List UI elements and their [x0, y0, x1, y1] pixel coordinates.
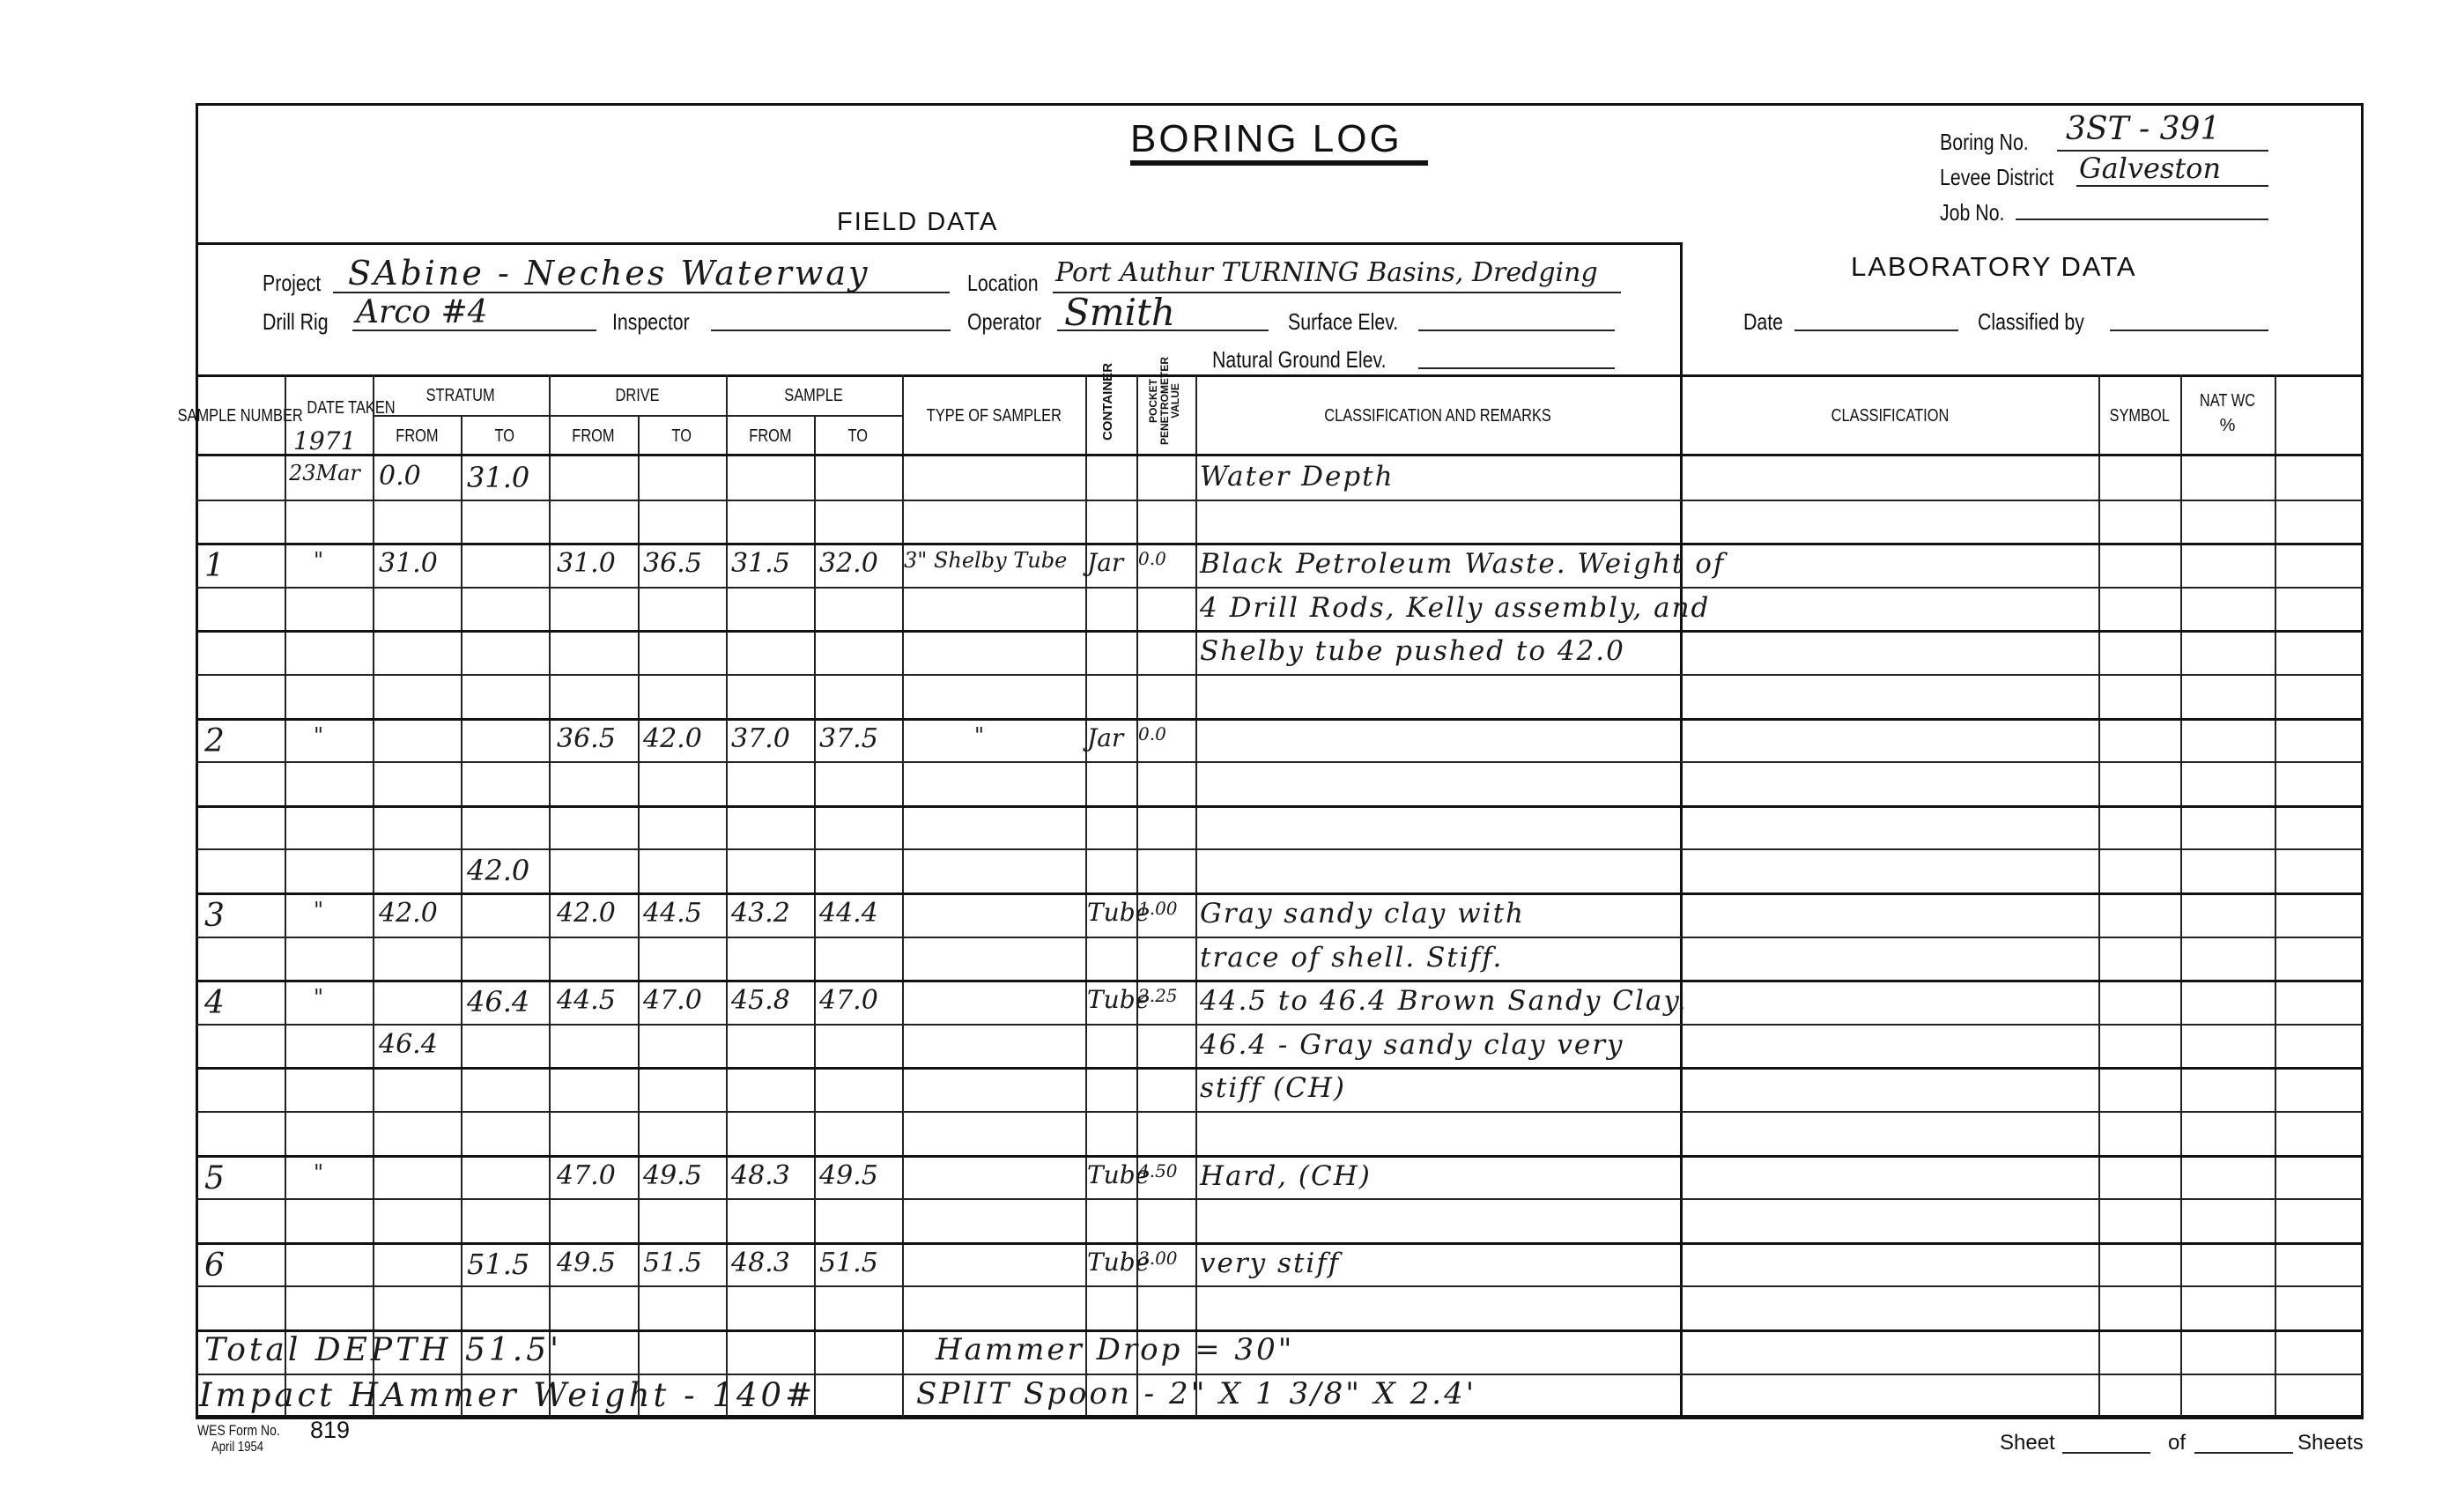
row-1-remarks[interactable]: Water Depth [1200, 461, 1395, 492]
project-value[interactable]: SAbine - Neches Waterway [348, 254, 869, 293]
boring-no-value[interactable]: 3ST - 391 [2066, 111, 2220, 147]
row-12-remarks[interactable]: trace of shell. Stiff. [1200, 942, 1503, 974]
row-13-stratum-to[interactable]: 46.4 [467, 985, 529, 1018]
row-3-drive-to[interactable]: 36.5 [643, 548, 702, 579]
row-divider [196, 848, 2364, 850]
row-11-sample[interactable]: 3 [204, 898, 225, 934]
project-label: Project [263, 270, 334, 297]
col-stratum: STRATUM [373, 377, 549, 415]
row-14-remarks[interactable]: 46.4 - Gray sandy clay very [1200, 1029, 1624, 1061]
row-7-container[interactable]: Jar [1087, 723, 1123, 752]
row-11-drive-to[interactable]: 44.5 [643, 898, 702, 929]
column-divider [461, 415, 462, 1418]
row-7-drive-to[interactable]: 42.0 [643, 723, 702, 754]
col-classification-remarks: CLASSIFICATION AND REMARKS [1195, 377, 1681, 455]
row-divider [196, 805, 2364, 808]
row-1-stratum-from[interactable]: 0.0 [379, 461, 421, 492]
row-13-remarks[interactable]: 44.5 to 46.4 Brown Sandy Clay. [1200, 985, 1680, 1017]
col-symbol: SYMBOL [2098, 377, 2180, 455]
column-divider [814, 415, 816, 1418]
form-number-label: WES Form No. [197, 1422, 298, 1440]
col-pocket-penetrometer: POCKET PENETROMETER VALUE [1148, 344, 1183, 458]
levee-district-value[interactable]: Galveston [2079, 152, 2221, 185]
row-15-remarks[interactable]: stiff (CH) [1200, 1072, 1346, 1104]
row-divider [196, 587, 2364, 589]
row-7-drive-from[interactable]: 36.5 [557, 723, 616, 754]
laboratory-data-heading: LABORATORY DATA [1851, 251, 2137, 283]
sheets-label: Sheets [2298, 1431, 2364, 1455]
field-data-heading: FIELD DATA [837, 208, 998, 237]
row-divider [196, 630, 2364, 633]
row-7-date[interactable]: " [314, 723, 323, 748]
col-drive: DRIVE [549, 377, 726, 415]
row-3-sampler[interactable]: 3" Shelby Tube [904, 548, 1067, 573]
row-11-sample-to[interactable]: 44.4 [819, 898, 878, 929]
row-divider [196, 1155, 2364, 1158]
row-3-sample-from[interactable]: 31.5 [731, 548, 790, 579]
row-7-sample-to[interactable]: 37.5 [819, 723, 878, 754]
location-label: Location [967, 270, 1054, 297]
column-divider [726, 374, 728, 1418]
column-divider [549, 374, 551, 1418]
field-data-top-line [196, 242, 1683, 245]
job-no-line [2016, 218, 2268, 220]
column-divider [638, 415, 640, 1418]
classified-by-line [2110, 330, 2268, 331]
operator-label: Operator [967, 308, 1058, 336]
impact-hammer-note[interactable]: Impact HAmmer Weight - 140# [199, 1376, 816, 1414]
row-divider [196, 1067, 2364, 1070]
of-label: of [2168, 1431, 2186, 1455]
row-17-drive-to[interactable]: 49.5 [643, 1160, 702, 1191]
row-divider [196, 1285, 2364, 1287]
column-divider [285, 374, 286, 1418]
row-divider [196, 500, 2364, 501]
sheet-label: Sheet [2000, 1431, 2055, 1455]
date-year[interactable]: 1971 [293, 426, 356, 455]
row-17-pen[interactable]: 4.50 [1138, 1160, 1178, 1181]
operator-value[interactable]: Smith [1064, 291, 1175, 334]
row-3-drive-from[interactable]: 31.0 [557, 548, 616, 579]
split-spoon-note[interactable]: SPlIT Spoon - 2" X 1 3/8" X 2.4' [916, 1376, 1476, 1411]
row-11-sample-from[interactable]: 43.2 [731, 898, 790, 929]
col-sample-to: TO [814, 417, 902, 455]
classified-by-label: Classified by [1978, 308, 2107, 336]
row-19-pen[interactable]: 3.00 [1138, 1248, 1178, 1269]
row-17-sample-from[interactable]: 48.3 [731, 1160, 790, 1191]
surface-elev-label: Surface Elev. [1288, 308, 1423, 336]
row-17-remarks[interactable]: Hard, (CH) [1200, 1160, 1372, 1192]
row-17-date[interactable]: " [314, 1160, 323, 1185]
row-13-sample-from[interactable]: 45.8 [731, 985, 790, 1016]
row-7-sample[interactable]: 2 [204, 723, 225, 759]
row-divider [196, 1242, 2364, 1245]
row-11-remarks[interactable]: Gray sandy clay with [1200, 898, 1525, 929]
row-7-sampler[interactable]: " [974, 723, 984, 748]
row-3-sample-to[interactable]: 32.0 [819, 548, 878, 579]
form-frame [196, 103, 2364, 1418]
col-container: CONTAINER [1101, 344, 1121, 459]
row-divider [196, 980, 2364, 982]
row-13-sample-to[interactable]: 47.0 [819, 985, 878, 1016]
drill-rig-value[interactable]: Arco #4 [356, 294, 488, 330]
row-1-date[interactable]: 23Mar [289, 461, 360, 485]
row-4-remarks[interactable]: 4 Drill Rods, Kelly assembly, and [1200, 592, 1680, 624]
row-3-pen[interactable]: 0.0 [1138, 548, 1166, 569]
column-divider [902, 374, 904, 1418]
col-drive-from: FROM [549, 417, 638, 455]
row-11-pen[interactable]: 1.00 [1138, 898, 1178, 919]
total-depth-note[interactable]: Total DEPTH 51.5' [204, 1332, 562, 1368]
row-17-sample[interactable]: 5 [204, 1160, 225, 1196]
natural-ground-elev-line [1418, 367, 1615, 369]
col-drive-to: TO [638, 417, 726, 455]
sheet-number-line[interactable] [2062, 1452, 2150, 1454]
row-13-sample[interactable]: 4 [204, 985, 225, 1021]
row-17-sample-to[interactable]: 49.5 [819, 1160, 878, 1191]
row-3-date[interactable]: " [314, 548, 323, 573]
row-19-drive-to[interactable]: 51.5 [643, 1248, 702, 1278]
lab-date-label: Date [1743, 308, 1792, 336]
title-underline [1130, 160, 1428, 166]
row-10-stratum-to[interactable]: 42.0 [467, 854, 529, 887]
row-divider [196, 718, 2364, 721]
row-13-pen[interactable]: 2.25 [1138, 985, 1178, 1006]
col-stratum-to: TO [461, 417, 549, 455]
row-1-stratum-to[interactable]: 31.0 [467, 461, 529, 494]
row-divider [196, 543, 2364, 545]
row-19-sample[interactable]: 6 [204, 1248, 225, 1284]
row-19-remarks[interactable]: very stiff [1200, 1248, 1340, 1279]
row-divider [196, 1374, 2364, 1375]
levee-district-line [2076, 185, 2268, 187]
location-value[interactable]: Port Authur TURNING Basins, Dredging [1055, 257, 1598, 288]
column-divider [2180, 374, 2182, 1418]
row-divider [196, 1111, 2364, 1113]
row-5-remarks[interactable]: Shelby tube pushed to 42.0 [1200, 635, 1625, 667]
boring-no-label: Boring No. [1940, 129, 2048, 156]
row-11-drive-from[interactable]: 42.0 [557, 898, 616, 929]
column-divider [2098, 374, 2100, 1418]
inspector-line [711, 330, 951, 331]
form-number: 819 [310, 1417, 350, 1444]
row-divider [196, 892, 2364, 895]
surface-elev-line [1418, 330, 1615, 331]
row-divider [196, 1024, 2364, 1026]
column-divider [1195, 374, 1197, 1418]
row-7-sample-from[interactable]: 37.0 [731, 723, 790, 754]
row-divider [196, 674, 2364, 676]
row-divider [196, 937, 2364, 938]
job-no-label: Job No. [1940, 199, 2019, 226]
col-sample-from: FROM [726, 417, 814, 455]
row-19-sample-from[interactable]: 48.3 [731, 1248, 790, 1278]
col-sample-number: SAMPLE NUMBER [196, 377, 285, 455]
natural-ground-elev-label: Natural Ground Elev. [1212, 346, 1424, 374]
column-divider [2275, 374, 2276, 1418]
row-divider [196, 761, 2364, 763]
inspector-label: Inspector [612, 308, 707, 336]
row-13-drive-from[interactable]: 44.5 [557, 985, 616, 1016]
row-divider [196, 1417, 2364, 1419]
row-7-pen[interactable]: 0.0 [1138, 723, 1166, 744]
row-14-stratum-from[interactable]: 46.4 [379, 1029, 438, 1060]
form-title: BORING LOG [1130, 117, 1402, 161]
col-stratum-from: FROM [373, 417, 461, 455]
col-classification: CLASSIFICATION [1681, 377, 2098, 455]
row-divider [196, 454, 2364, 456]
row-13-date[interactable]: " [314, 985, 323, 1010]
row-3-sample[interactable]: 1 [204, 548, 225, 584]
row-19-stratum-to[interactable]: 51.5 [467, 1248, 529, 1281]
row-19-drive-from[interactable]: 49.5 [557, 1248, 616, 1278]
row-11-stratum-from[interactable]: 42.0 [379, 898, 438, 929]
levee-district-label: Levee District [1940, 164, 2079, 191]
lab-date-line [1794, 330, 1958, 331]
row-11-date[interactable]: " [314, 898, 323, 922]
row-3-stratum-from[interactable]: 31.0 [379, 548, 438, 579]
hammer-drop-note[interactable]: Hammer Drop = 30" [936, 1332, 1294, 1367]
form-date: April 1954 [211, 1440, 275, 1455]
col-nat-wc-unit: % [2180, 414, 2275, 437]
row-17-drive-from[interactable]: 47.0 [557, 1160, 616, 1191]
col-sample: SAMPLE [726, 377, 902, 415]
sheet-total-line[interactable] [2194, 1452, 2293, 1454]
column-divider [373, 374, 374, 1418]
col-nat-wc: NAT WC [2180, 388, 2275, 414]
col-type-of-sampler: TYPE OF SAMPLER [902, 377, 1085, 455]
row-19-sample-to[interactable]: 51.5 [819, 1248, 878, 1278]
drill-rig-label: Drill Rig [263, 308, 343, 336]
row-3-remarks[interactable]: Black Petroleum Waste. Weight of [1200, 548, 1680, 580]
row-3-container[interactable]: Jar [1087, 548, 1123, 577]
row-13-drive-to[interactable]: 47.0 [643, 985, 702, 1016]
row-divider [196, 1198, 2364, 1200]
